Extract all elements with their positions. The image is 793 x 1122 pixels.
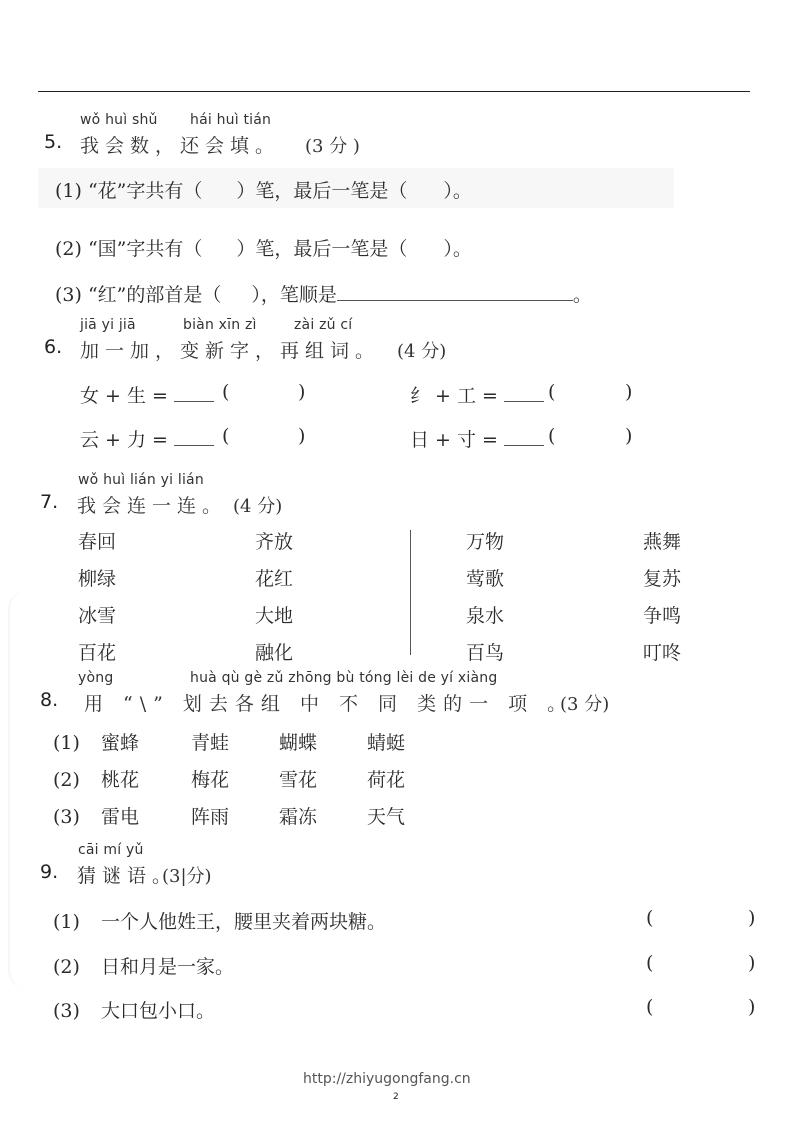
q8-word[interactable]: 荷花 xyxy=(367,769,405,791)
q7-word[interactable]: 复苏 xyxy=(643,561,681,598)
q8-word[interactable]: 雪花 xyxy=(279,765,367,792)
q6-item4-paren-close: ) xyxy=(625,425,632,447)
q5-pinyin-a: wǒ huì shǔ xyxy=(80,112,158,128)
q9-item2-answer-open[interactable]: ( xyxy=(646,952,653,974)
q7-number: 7. xyxy=(40,491,58,513)
q9-item1-answer-open[interactable]: ( xyxy=(646,907,653,929)
q9-item-1: (1)一个人他姓王，腰里夹着两块糖。 xyxy=(53,907,386,934)
q9-item3-answer-close: ) xyxy=(748,996,755,1018)
q5-item-1: (1) “花”字共有（）笔，最后一笔是（）。 xyxy=(55,176,472,203)
q6-item4-char-blank[interactable] xyxy=(504,427,544,446)
q8-word[interactable]: 蜜蜂 xyxy=(101,728,191,755)
q7-column-2: 齐放 花红 大地 融化 xyxy=(255,524,293,672)
q8-word[interactable]: 雷电 xyxy=(101,802,191,829)
q7-word[interactable]: 柳绿 xyxy=(78,561,116,598)
q5-item3-stroke-order-line[interactable] xyxy=(337,280,573,301)
q6-item1-paren-open: ( xyxy=(222,381,229,403)
q7-title: 我会连一连。 xyxy=(77,491,227,518)
q6-item-4: 日 + 寸 = xyxy=(410,425,544,452)
q8-word[interactable]: 蝴蝶 xyxy=(279,728,367,755)
q6-score: (4 分) xyxy=(397,337,446,363)
q8-number: 8. xyxy=(40,689,58,711)
q5-item-2: (2) “国”字共有（）笔，最后一笔是（）。 xyxy=(55,234,472,261)
q7-word[interactable]: 春回 xyxy=(78,524,116,561)
q9-number: 9. xyxy=(40,861,58,883)
q9-pinyin: cāi mí yǔ xyxy=(78,842,144,858)
q7-divider xyxy=(410,530,411,655)
q9-item3-answer-open[interactable]: ( xyxy=(646,996,653,1018)
q8-title: 用 “\” 划去各组 中 不 同 类的一 项 。 xyxy=(84,689,573,716)
q8-score: (3 分) xyxy=(560,690,609,716)
q7-word[interactable]: 万物 xyxy=(466,524,504,561)
q7-pinyin: wǒ huì lián yi lián xyxy=(78,472,204,488)
q9-item1-answer-close: ) xyxy=(748,907,755,929)
q8-word[interactable]: 梅花 xyxy=(191,765,279,792)
q7-word[interactable]: 百鸟 xyxy=(466,635,504,672)
q7-column-4: 燕舞 复苏 争鸣 叮咚 xyxy=(643,524,681,672)
q7-column-3: 万物 莺歌 泉水 百鸟 xyxy=(466,524,504,672)
q7-word[interactable]: 争鸣 xyxy=(643,598,681,635)
header-rule xyxy=(38,91,750,92)
q8-row-2: (2)桃花梅花雪花荷花 xyxy=(53,765,405,792)
q6-pinyin-c: zài zǔ cí xyxy=(294,317,352,333)
q7-score: (4 分) xyxy=(233,492,282,518)
q6-item3-paren-close: ) xyxy=(298,425,305,447)
q8-row-3: (3)雷电阵雨霜冻天气 xyxy=(53,802,405,829)
q7-word[interactable]: 齐放 xyxy=(255,524,293,561)
q5-score: (3 分 ) xyxy=(305,132,360,158)
q8-word[interactable]: 桃花 xyxy=(101,765,191,792)
q8-word[interactable]: 霜冻 xyxy=(279,802,367,829)
q8-word[interactable]: 阵雨 xyxy=(191,802,279,829)
q9-item-3: (3)大口包小口。 xyxy=(53,996,215,1023)
q6-item2-paren-close: ) xyxy=(625,381,632,403)
q6-item3-paren-open: ( xyxy=(222,425,229,447)
q6-item2-char-blank[interactable] xyxy=(504,383,544,402)
q7-word[interactable]: 莺歌 xyxy=(466,561,504,598)
q7-word[interactable]: 融化 xyxy=(255,635,293,672)
q6-pinyin-a: jiā yi jiā xyxy=(80,317,136,333)
q9-score: (3|分) xyxy=(162,862,212,888)
q6-title: 加一加，变新字，再组词。 xyxy=(80,336,380,363)
q5-title: 我会数，还会填。 xyxy=(80,131,280,158)
q8-word[interactable]: 蜻蜓 xyxy=(367,732,405,754)
q7-word[interactable]: 花红 xyxy=(255,561,293,598)
q7-word[interactable]: 大地 xyxy=(255,598,293,635)
q7-word[interactable]: 泉水 xyxy=(466,598,504,635)
q8-word[interactable]: 青蛙 xyxy=(191,728,279,755)
q7-column-1: 春回 柳绿 冰雪 百花 xyxy=(78,524,116,672)
q8-pinyin-b: huà qù gè zǔ zhōng bù tóng lèi de yí xià… xyxy=(190,670,497,686)
q5-item-3: (3) “红”的部首是（），笔顺是。 xyxy=(55,280,592,307)
q7-word[interactable]: 百花 xyxy=(78,635,116,672)
q6-item3-char-blank[interactable] xyxy=(174,427,214,446)
q7-word[interactable]: 叮咚 xyxy=(643,635,681,672)
q6-item-2: 纟 + 工 = xyxy=(410,381,544,408)
q6-number: 6. xyxy=(44,336,62,358)
q9-item-2: (2)日和月是一家。 xyxy=(53,952,234,979)
q6-item2-paren-open: ( xyxy=(548,381,555,403)
q8-row-1: (1)蜜蜂青蛙蝴蝶蜻蜓 xyxy=(53,728,405,755)
q6-item-3: 云 + 力 = xyxy=(80,425,214,452)
footer-url[interactable]: http://zhiyugongfang.cn xyxy=(303,1071,471,1087)
page-number: 2 xyxy=(393,1092,399,1102)
q5-number: 5. xyxy=(44,131,62,153)
q9-item2-answer-close: ) xyxy=(748,952,755,974)
q7-word[interactable]: 冰雪 xyxy=(78,598,116,635)
q6-item1-paren-close: ) xyxy=(298,381,305,403)
q6-item-1: 女 + 生 = xyxy=(80,381,214,408)
q8-word[interactable]: 天气 xyxy=(367,806,405,828)
q7-word[interactable]: 燕舞 xyxy=(643,524,681,561)
q8-pinyin-a: yòng xyxy=(78,670,113,686)
q6-item4-paren-open: ( xyxy=(548,425,555,447)
q5-pinyin-b: hái huì tián xyxy=(190,112,271,128)
q6-item1-char-blank[interactable] xyxy=(174,383,214,402)
q6-pinyin-b: biàn xīn zì xyxy=(183,317,257,333)
